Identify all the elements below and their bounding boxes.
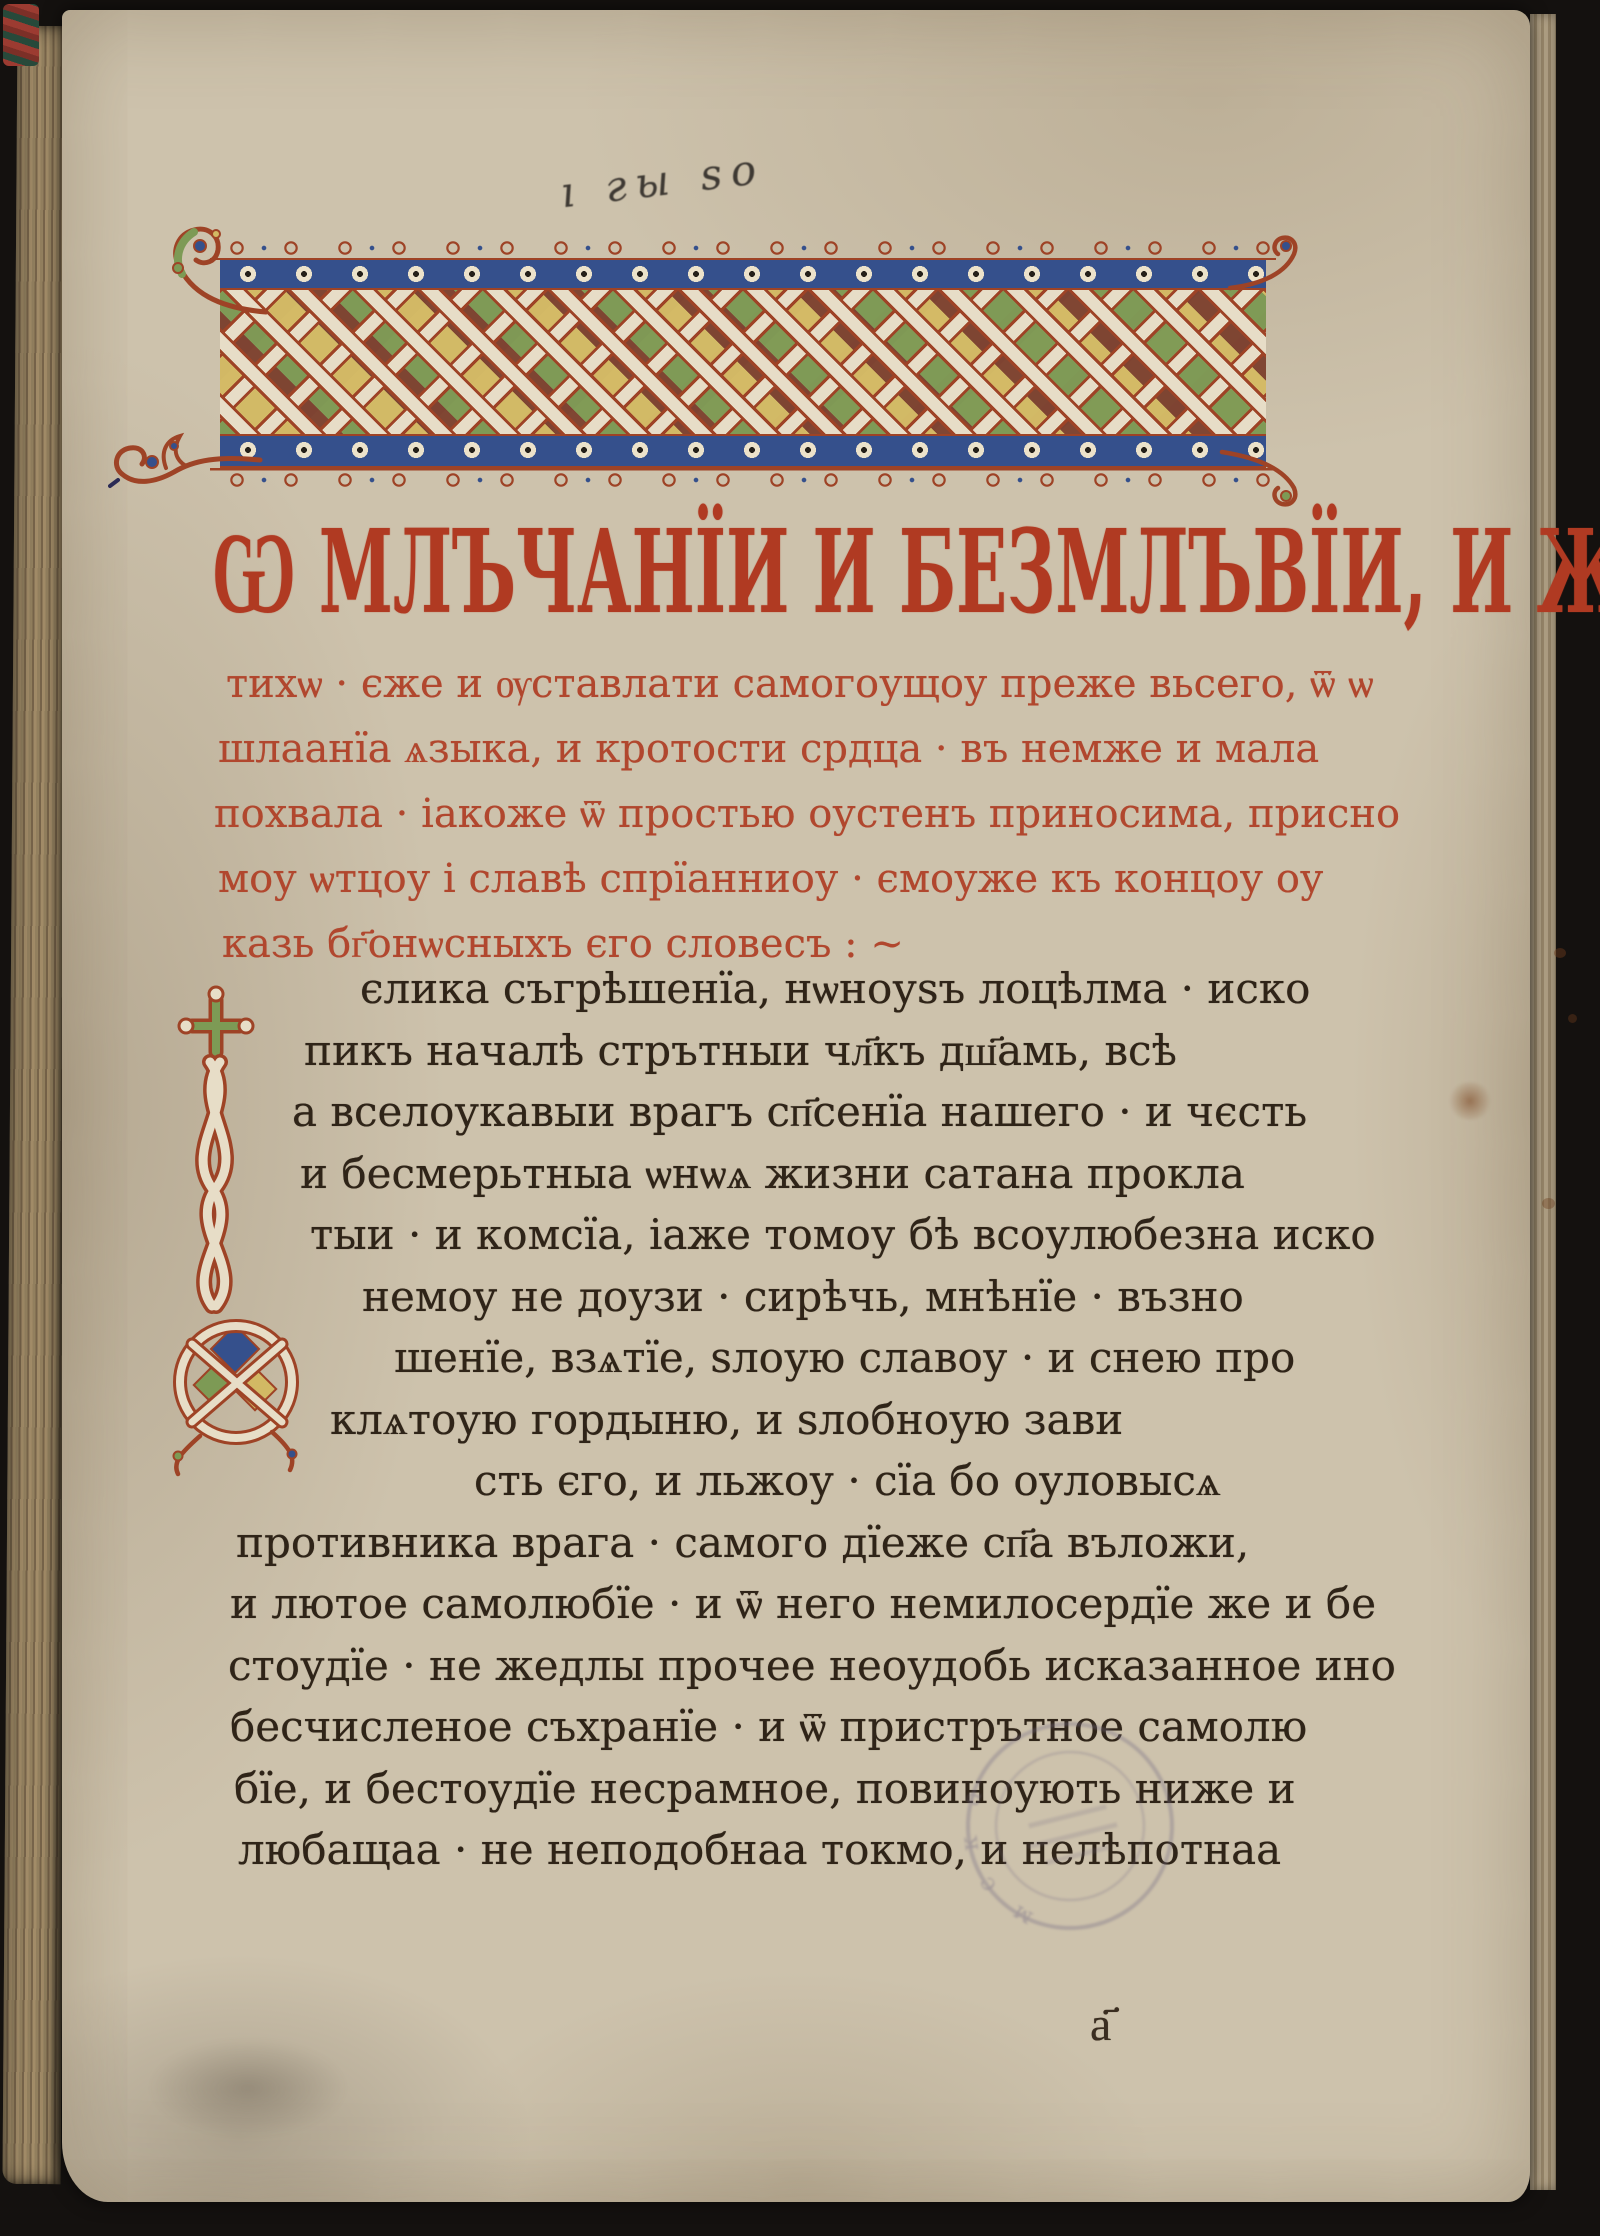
body-text-line: сть єго, и льжоу · сїа бо оуловысѧ (212, 1450, 1542, 1512)
rubric-line: тихѡ · єже и ѹставлати самогоущоу преже … (212, 652, 1542, 717)
body-text-line: немоу не доузи · сирѣчь, мнѣнїе · възно (212, 1266, 1542, 1328)
body-text-line: бїе, и бестоудїе несрамное, повиноують н… (212, 1758, 1542, 1820)
headpiece-lattice (220, 284, 1266, 438)
body-text-line: противника врага · самого дїеже сп҃а въл… (212, 1512, 1542, 1574)
pen-trial-marks: ı гы ѕо (558, 144, 768, 218)
body-text-line: тыи · и комсїа, іаже томоу бѣ всоулюбезн… (212, 1204, 1542, 1266)
headpiece-curl-flourish-top-right (1224, 228, 1314, 308)
rubric-line: похвала · іакоже ѿ простью оустенъ прино… (212, 782, 1542, 847)
body-text-line: и лютое самолюбїе · и ѿ него немилосердї… (212, 1573, 1542, 1635)
foxing-speck (1568, 1014, 1577, 1023)
headpiece-ornament (212, 258, 1274, 468)
headpiece-blue-border-bottom (220, 434, 1266, 468)
rubric-line: шлаанїа ѧзыка, и кротости срдца · въ нем… (212, 717, 1542, 782)
photo-background: ı гы ѕо (0, 0, 1600, 2236)
corner-smudge (148, 2038, 348, 2138)
body-text-line: єлика съгрѣшенїа, нѡноуѕъ лоцѣлма · иско (212, 958, 1542, 1020)
body-text-line: любащаа · не неподобнаа токмо, и нелѣпот… (212, 1819, 1542, 1881)
body-text-line: стоудїе · не жедлы прочее неоудобь исказ… (212, 1635, 1542, 1697)
headpiece-leaf-flourish-top-left (148, 216, 278, 336)
body-text-line: и бесмерьтныа ѡнѡѧ жизни сатана прокла (212, 1143, 1542, 1205)
manuscript-page: ı гы ѕо (62, 10, 1530, 2202)
binding-headband (3, 4, 39, 66)
rubric-line: моу ѡтцоу і славѣ спрїанниоу · ємоуже къ… (212, 847, 1542, 912)
headpiece-bird-flourish-bottom-left (108, 416, 268, 516)
folio-number: а҃ (1090, 1996, 1111, 2052)
decorated-initial (154, 950, 334, 1478)
body-text-line: бесчисленое съхранїе · и ѿ пристрътное с… (212, 1696, 1542, 1758)
headpiece-fringe-top (210, 238, 1276, 260)
text-block: єлика съгрѣшенїа, нѡноуѕъ лоцѣлма · иско… (212, 958, 1542, 1881)
headpiece-fringe-bottom (210, 468, 1276, 490)
body-text-line: шенїе, взѧтїе, ѕлоую славоу · и снею про (212, 1327, 1542, 1389)
body-text-line: а вселоукавыи врагъ сп҃сенїа нашего · и … (212, 1081, 1542, 1143)
body-lines: єлика съгрѣшенїа, нѡноуѕъ лоцѣлма · иско… (212, 958, 1542, 1881)
headpiece-curl-flourish-bottom-right (1218, 426, 1318, 512)
headpiece-blue-border-top (220, 258, 1266, 290)
body-text-line: клѧтоую гордыню, и ѕлобноую зави (212, 1389, 1542, 1451)
body-text-line: пикъ началѣ стрътныи чл҃къ дш҃амь, всѣ (212, 1020, 1542, 1082)
rubric-lines: тихѡ · єже и ѹставлати самогоущоу преже … (212, 652, 1542, 977)
